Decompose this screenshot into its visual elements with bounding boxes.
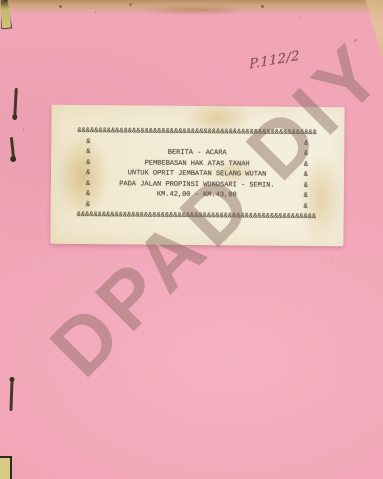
side-ampersand: & <box>303 201 307 212</box>
paper-speckles <box>0 0 1 1</box>
binding-staple <box>9 379 13 411</box>
binding-tab <box>0 456 12 479</box>
handwritten-page-number: P.112/2 <box>249 48 300 72</box>
label-row-text <box>90 142 304 144</box>
ampersand-border-top: &&&&&&&&&&&&&&&&&&&&&&&&&&&&&&&&&&&&&&&&… <box>77 126 317 139</box>
side-ampersand: & <box>304 138 308 149</box>
side-ampersand: & <box>86 200 90 211</box>
binding-staple <box>10 137 15 159</box>
side-ampersand: & <box>304 191 308 202</box>
ampersand-border-bottom: &&&&&&&&&&&&&&&&&&&&&&&&&&&&&&&&&&&&&&&&… <box>77 210 317 223</box>
side-ampersand: & <box>86 137 90 148</box>
scanned-document-page: P.112/2 &&&&&&&&&&&&&&&&&&&&&&&&&&&&&&&&… <box>0 0 383 479</box>
side-ampersand: & <box>304 170 308 181</box>
side-ampersand: & <box>304 159 308 170</box>
typed-title-label: &&&&&&&&&&&&&&&&&&&&&&&&&&&&&&&&&&&&&&&&… <box>50 105 344 247</box>
side-ampersand: & <box>304 149 308 160</box>
binding-staple <box>13 88 18 118</box>
label-row: & KM.42,00 - KM.43,00 & <box>77 189 317 202</box>
side-ampersand: & <box>304 180 308 191</box>
document-title-line: KM.42,00 - KM.43,00 <box>90 189 304 201</box>
typed-text-block: &&&&&&&&&&&&&&&&&&&&&&&&&&&&&&&&&&&&&&&&… <box>77 126 318 223</box>
label-row-text <box>90 205 304 207</box>
scan-top-edge <box>0 0 383 15</box>
